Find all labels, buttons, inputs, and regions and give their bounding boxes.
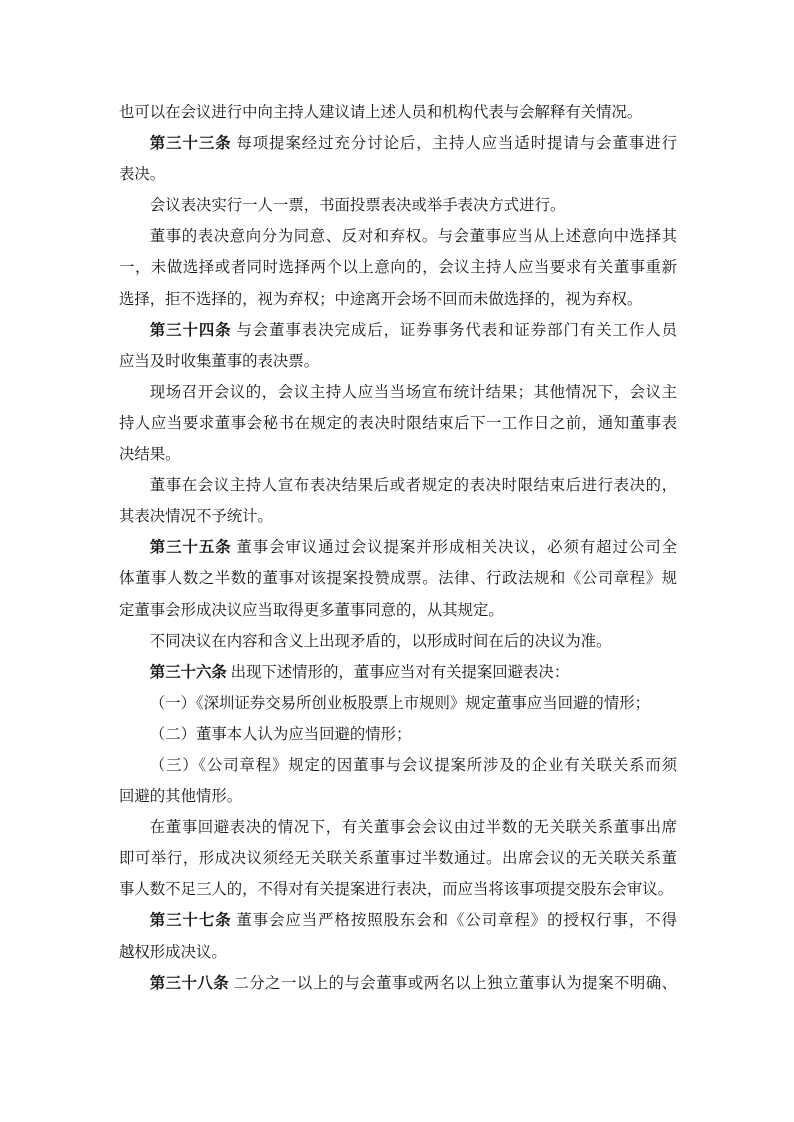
article-number: 第三十三条 — [150, 135, 232, 152]
body-text: 现场召开会议的，会议主持人应当当场宣布统计结果；其他情况下，会议主 — [150, 384, 677, 401]
article-number: 第三十八条 — [150, 975, 229, 992]
body-text: （二）董事本人认为应当回避的情形； — [150, 726, 412, 743]
article-line: 第三十六条 出现下述情形的，董事应当对有关提案回避表决： — [119, 657, 677, 688]
body-text: 董事的表决意向分为同意、反对和弃权。与会董事应当从上述意向中选择其 — [150, 228, 677, 245]
text-line: 越权形成决议。 — [119, 937, 677, 968]
text-line: 董事的表决意向分为同意、反对和弃权。与会董事应当从上述意向中选择其 — [119, 221, 677, 252]
body-text: 定董事会形成决议应当取得更多董事同意的，从其规定。 — [119, 602, 504, 619]
body-text: 董事会应当严格按照股东会和《公司章程》的授权行事，不得 — [232, 912, 677, 929]
text-line: （二）董事本人认为应当回避的情形； — [119, 719, 677, 750]
body-text: 董事会审议通过会议提案并形成相关决议，必须有超过公司全 — [232, 539, 677, 556]
body-text: 应当及时收集董事的表决票。 — [119, 353, 319, 370]
text-line: 决结果。 — [119, 439, 677, 470]
text-line: 也可以在会议进行中向主持人建议请上述人员和机构代表与会解释有关情况。 — [119, 97, 677, 128]
text-line: 应当及时收集董事的表决票。 — [119, 346, 677, 377]
text-line: 表决。 — [119, 159, 677, 190]
text-line: 一，未做选择或者同时选择两个以上意向的，会议主持人应当要求有关董事重新 — [119, 252, 677, 283]
text-line: 回避的其他情形。 — [119, 781, 677, 812]
body-text: 选择，拒不选择的，视为弃权；中途离开会场不回而未做选择的，视为弃权。 — [119, 291, 642, 308]
text-line: 不同决议在内容和含义上出现矛盾的，以形成时间在后的决议为准。 — [119, 626, 677, 657]
text-line: （一）《深圳证券交易所创业板股票上市规则》规定董事应当回避的情形； — [119, 688, 677, 719]
body-text: 每项提案经过充分讨论后，主持人应当适时提请与会董事进行 — [232, 135, 677, 152]
article-line: 第三十五条 董事会审议通过会议提案并形成相关决议，必须有超过公司全 — [119, 532, 677, 563]
text-line: （三）《公司章程》规定的因董事与会议提案所涉及的企业有关联关系而须 — [119, 750, 677, 781]
body-text: 在董事回避表决的情况下，有关董事会会议由过半数的无关联关系董事出席 — [150, 819, 677, 836]
body-text: 回避的其他情形。 — [119, 788, 242, 805]
body-text: 体董事人数之半数的董事对该提案投赞成票。法律、行政法规和《公司章程》规 — [119, 570, 677, 587]
body-text: 其表决情况不予统计。 — [119, 508, 273, 525]
text-line: 现场召开会议的，会议主持人应当当场宣布统计结果；其他情况下，会议主 — [119, 377, 677, 408]
body-text: 越权形成决议。 — [119, 944, 227, 961]
document-page: 也可以在会议进行中向主持人建议请上述人员和机构代表与会解释有关情况。第三十三条 … — [0, 0, 794, 1122]
text-line: 事人数不足三人的，不得对有关提案进行表决，而应当将该事项提交股东会审议。 — [119, 874, 677, 905]
text-line: 董事在会议主持人宣布表决结果后或者规定的表决时限结束后进行表决的， — [119, 470, 677, 501]
text-line: 选择，拒不选择的，视为弃权；中途离开会场不回而未做选择的，视为弃权。 — [119, 284, 677, 315]
body-text: 事人数不足三人的，不得对有关提案进行表决，而应当将该事项提交股东会审议。 — [119, 881, 673, 898]
body-text: 与会董事表决完成后，证券事务代表和证券部门有关工作人员 — [232, 322, 677, 339]
article-number: 第三十六条 — [150, 664, 227, 681]
article-line: 第三十四条 与会董事表决完成后，证券事务代表和证券部门有关工作人员 — [119, 315, 677, 346]
article-number: 第三十五条 — [150, 539, 232, 556]
article-number: 第三十七条 — [150, 912, 232, 929]
body-text: 出现下述情形的，董事应当对有关提案回避表决： — [227, 664, 569, 681]
text-line: 体董事人数之半数的董事对该提案投赞成票。法律、行政法规和《公司章程》规 — [119, 563, 677, 594]
body-text: 会议表决实行一人一票，书面投票表决或举手表决方式进行。 — [150, 197, 566, 214]
article-line: 第三十七条 董事会应当严格按照股东会和《公司章程》的授权行事，不得 — [119, 905, 677, 936]
text-line: 持人应当要求董事会秘书在规定的表决时限结束后下一工作日之前，通知董事表 — [119, 408, 677, 439]
body-text: 董事在会议主持人宣布表决结果后或者规定的表决时限结束后进行表决的， — [150, 477, 677, 494]
article-line: 第三十八条 二分之一以上的与会董事或两名以上独立董事认为提案不明确、 — [119, 968, 677, 999]
body-text: 二分之一以上的与会董事或两名以上独立董事认为提案不明确、 — [229, 975, 677, 992]
text-line: 其表决情况不予统计。 — [119, 501, 677, 532]
body-text: （一）《深圳证券交易所创业板股票上市规则》规定董事应当回避的情形； — [150, 695, 650, 712]
text-line: 在董事回避表决的情况下，有关董事会会议由过半数的无关联关系董事出席 — [119, 812, 677, 843]
body-text: 决结果。 — [119, 446, 181, 463]
text-line: 会议表决实行一人一票，书面投票表决或举手表决方式进行。 — [119, 190, 677, 221]
body-text: 持人应当要求董事会秘书在规定的表决时限结束后下一工作日之前，通知董事表 — [119, 415, 677, 432]
body-text: （三）《公司章程》规定的因董事与会议提案所涉及的企业有关联关系而须 — [150, 757, 677, 774]
body-text: 表决。 — [119, 166, 165, 183]
body-text: 一，未做选择或者同时选择两个以上意向的，会议主持人应当要求有关董事重新 — [119, 259, 677, 276]
text-line: 即可举行，形成决议须经无关联关系董事过半数通过。出席会议的无关联关系董 — [119, 843, 677, 874]
body-text: 即可举行，形成决议须经无关联关系董事过半数通过。出席会议的无关联关系董 — [119, 850, 677, 867]
body-text: 也可以在会议进行中向主持人建议请上述人员和机构代表与会解释有关情况。 — [119, 104, 642, 121]
text-block: 也可以在会议进行中向主持人建议请上述人员和机构代表与会解释有关情况。第三十三条 … — [119, 97, 677, 999]
body-text: 不同决议在内容和含义上出现矛盾的，以形成时间在后的决议为准。 — [150, 633, 612, 650]
article-line: 第三十三条 每项提案经过充分讨论后，主持人应当适时提请与会董事进行 — [119, 128, 677, 159]
article-number: 第三十四条 — [150, 322, 232, 339]
text-line: 定董事会形成决议应当取得更多董事同意的，从其规定。 — [119, 595, 677, 626]
